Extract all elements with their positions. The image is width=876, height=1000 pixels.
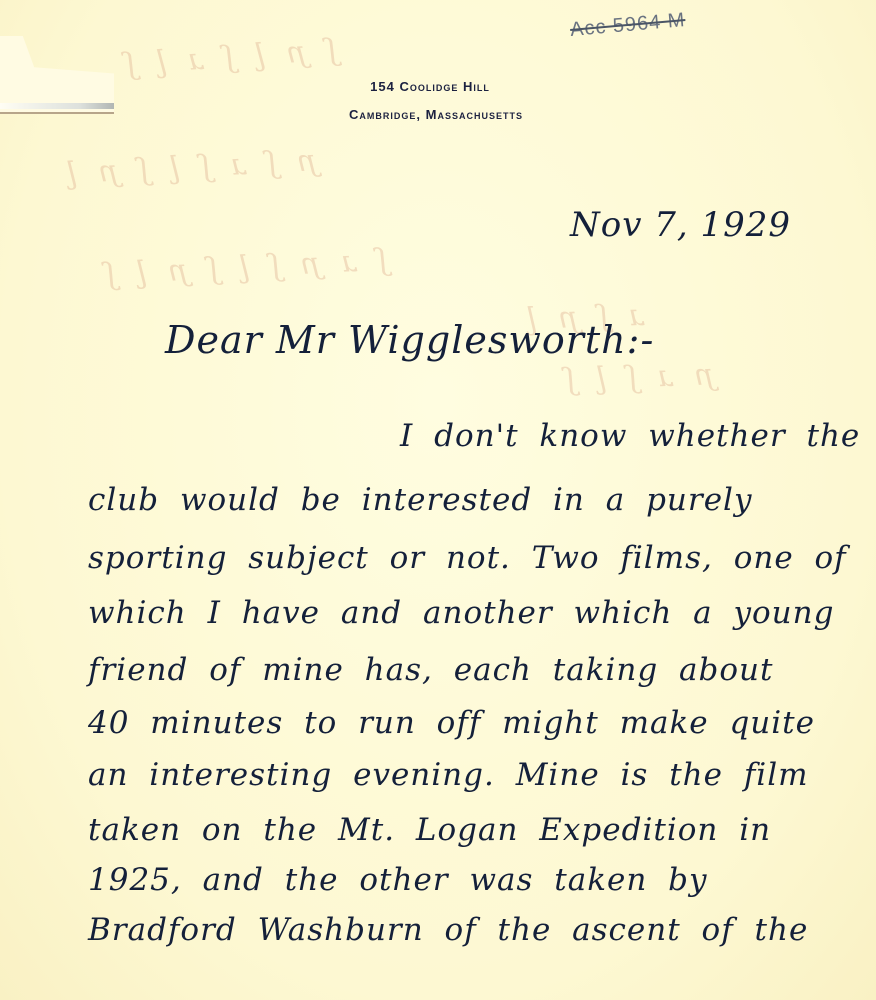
bleed-through-text: ɲ ʃ ɹ ʃ ɭ ʃ ɲ ɭ — [59, 143, 317, 191]
body-line: an interesting evening. Mine is the film — [88, 757, 809, 793]
archive-mark: Acc 5964 M — [569, 9, 686, 42]
letterhead-address-line1: 154 Coolidge Hill — [0, 79, 868, 94]
body-line: which I have and another which a young — [88, 595, 834, 631]
body-line: 40 minutes to run off might make quite — [88, 705, 815, 741]
letterhead-address-line2: Cambridge, Massachusetts — [0, 107, 874, 122]
letter-salutation: Dear Mr Wigglesworth:- — [165, 318, 654, 362]
body-line: sporting subject or not. Two films, one … — [88, 540, 847, 576]
letter-page: ʃ ɲ ɭ ʃ ɹ ɭ ʃ ɲ ʃ ɹ ʃ ɭ ʃ ɲ ɭ ʃ ɹ ɲ ʃ ɭ … — [0, 0, 876, 1000]
bleed-through-text: ʃ ɲ ɭ ʃ ɹ ɭ ʃ — [119, 33, 337, 83]
body-line: Bradford Washburn of the ascent of the — [88, 912, 808, 948]
body-line: I don't know whether the — [400, 418, 860, 454]
bleed-through-text: ɲ ɹ ʃ ɭ ʃ — [559, 357, 714, 397]
body-line: friend of mine has, each taking about — [88, 652, 773, 688]
body-line: taken on the Mt. Logan Expedition in — [88, 812, 771, 848]
letter-date: Nov 7, 1929 — [570, 205, 791, 245]
body-line: 1925, and the other was taken by — [88, 862, 708, 898]
bleed-through-text: ʃ ɹ ɲ ʃ ɭ ʃ ɲ ɭ ʃ — [99, 243, 387, 293]
body-line: club would be interested in a purely — [88, 482, 753, 518]
